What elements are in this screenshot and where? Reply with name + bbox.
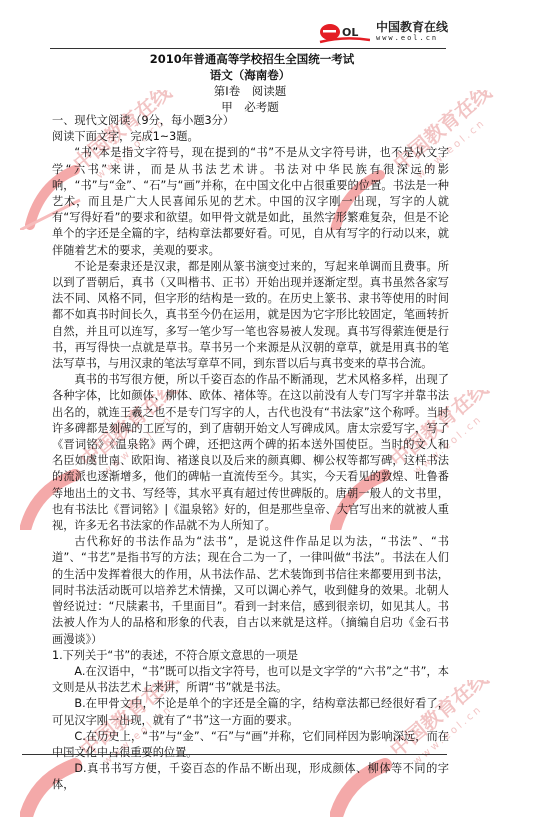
header-divider [50, 48, 446, 49]
document-body: 一、现代文阅读（9分，每小题3分） 阅读下面文字，完成1~3题。 “书”本是指文… [52, 113, 449, 794]
question-option-a: A.在汉语中，“书”既可以指文字符号，也可以是文字学的“六书”之“书”，本文则是… [52, 664, 449, 696]
paragraph: 不论是秦隶还是汉隶，都是刚从篆书演变过来的，写起来单调而且费事。所以到了晋朝后，… [52, 259, 449, 372]
section-heading: 一、现代文阅读（9分，每小题3分） [52, 113, 449, 129]
document-page: 中国教育在线 www.eol.cn 中国教育在线 www.eol.cn 中国教育… [0, 0, 560, 817]
paragraph: 真书的书写很方便，所以千姿百态的作品不断涌现，艺术风格多样，出现了各种字体，比如… [52, 372, 449, 534]
question-option-d: D.真书书写方便，千姿百态的作品不断出现，形成颜体、柳体等不同的字体， [52, 761, 449, 793]
paragraph: “书”本是指文字符号，现在提到的“书”不是从文字符号讲，也不是从文字学“六书”来… [52, 145, 449, 258]
logo-url: www.eol.cn [376, 34, 438, 42]
question-option-c: C.在历史上，“书”与“金”、“石”与“画”并称，它们同样因为影响深远，而在中国… [52, 729, 449, 761]
footer-divider [22, 754, 447, 755]
question-option-b: B.在甲骨文中，不论是单个的字还是全篇的字，结构章法都已经很好看了，可见汉字刚一… [52, 696, 449, 728]
eol-logo-icon: OL [318, 18, 370, 44]
instruction-text: 阅读下面文字，完成1~3题。 [52, 129, 449, 145]
logo-brand-name: 中国教育在线 [376, 18, 448, 35]
svg-text:OL: OL [342, 26, 358, 39]
exam-title: 2010年普通高等学校招生全国统一考试 [0, 51, 532, 67]
exam-subject: 语文（海南卷） [0, 67, 530, 83]
question-stem: 1.下列关于“书”的表述，不符合原文意思的一项是 [52, 648, 449, 664]
eol-logo: OL 中国教育在线 www.eol.cn [318, 16, 448, 46]
volume-title: 第Ⅰ卷 阅读题 [0, 83, 530, 99]
paragraph: 古代称好的书法作品为“法书”，是说这件作品足以为法，“书法”、“书道”、“书艺”… [52, 534, 449, 647]
